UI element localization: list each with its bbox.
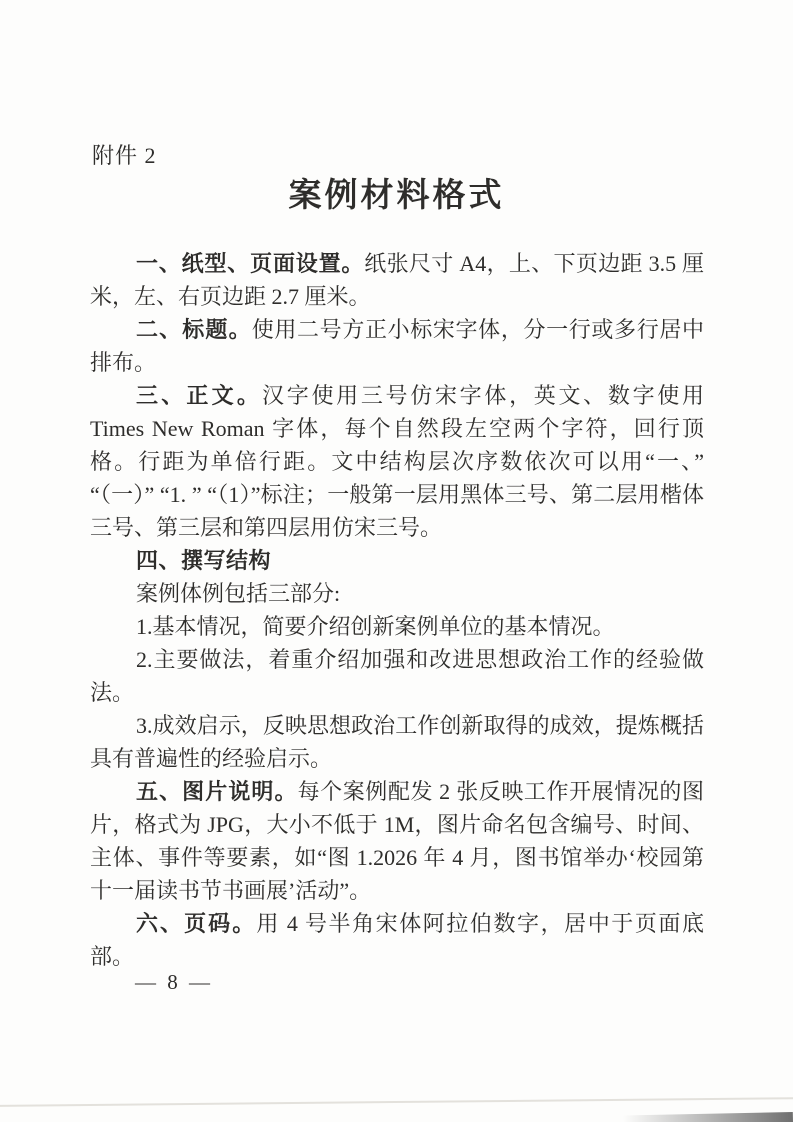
page-number: — 8 — [135,970,213,995]
paragraph: 3.成效启示，反映思想政治工作创新取得的成效，提炼概括具有普遍性的经验启示。 [90,709,704,775]
scan-corner-shadow [623,1112,793,1122]
paragraph-lead: 一、纸型、页面设置。 [136,251,364,276]
paragraph-lead: 四、撰写结构 [136,548,271,573]
attachment-label: 附件 2 [92,141,157,171]
paragraph-text: 2.主要做法，着重介绍加强和改进思想政治工作的经验做法。 [90,647,704,705]
paragraph-lead: 六、页码。 [136,911,256,936]
paragraph: 六、页码。用 4 号半角宋体阿拉伯数字，居中于页面底部。 [90,907,704,973]
paragraph-lead: 五、图片说明。 [136,779,298,804]
paragraph: 四、撰写结构 [90,544,704,577]
paragraph-lead: 二、标题。 [136,317,252,342]
paragraph-text: 3.成效启示，反映思想政治工作创新取得的成效，提炼概括具有普遍性的经验启示。 [90,713,704,771]
page-title: 案例材料格式 [0,177,793,215]
paragraph: 2.主要做法，着重介绍加强和改进思想政治工作的经验做法。 [90,643,704,709]
paragraph: 二、标题。使用二号方正小标宋字体，分一行或多行居中排布。 [90,313,704,379]
scan-edge-line [0,1097,793,1107]
paragraph-text: 1.基本情况，简要介绍创新案例单位的基本情况。 [136,614,615,639]
paragraph-text: 案例体例包括三部分: [136,581,340,606]
paragraph: 三、正文。汉字使用三号仿宋字体，英文、数字使用 Times New Roman … [90,379,704,544]
paragraph: 五、图片说明。每个案例配发 2 张反映工作开展情况的图片，格式为 JPG，大小不… [90,775,704,907]
paragraph: 案例体例包括三部分: [90,577,704,610]
document-body: 一、纸型、页面设置。纸张尺寸 A4，上、下页边距 3.5 厘米，左、右页边距 2… [90,247,704,973]
document-page: 附件 2 案例材料格式 一、纸型、页面设置。纸张尺寸 A4，上、下页边距 3.5… [0,0,793,1122]
paragraph: 一、纸型、页面设置。纸张尺寸 A4，上、下页边距 3.5 厘米，左、右页边距 2… [90,247,704,313]
paragraph: 1.基本情况，简要介绍创新案例单位的基本情况。 [90,610,704,643]
paragraph-lead: 三、正文。 [136,383,262,408]
